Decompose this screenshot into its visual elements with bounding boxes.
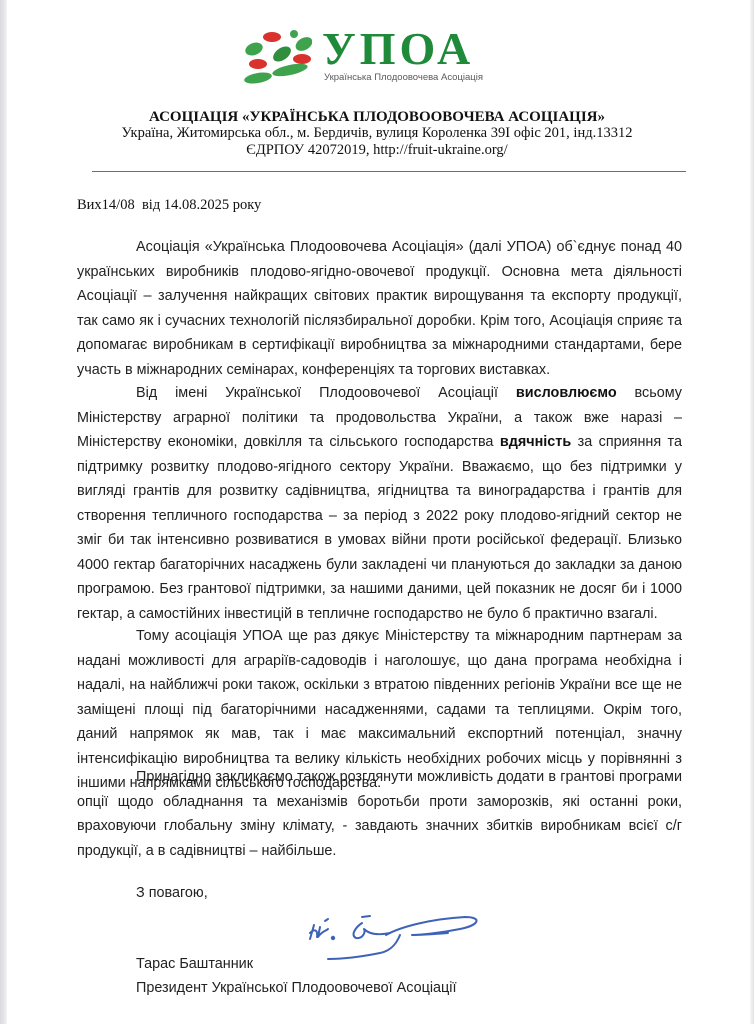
upoa-logo: УПОА Українська Плодоовочева Асоціація	[240, 28, 540, 86]
signer-name: Тарас Баштанник	[136, 956, 253, 972]
logo-wordmark: УПОА	[322, 24, 474, 74]
leaf-berry-logo-icon	[240, 28, 312, 86]
paragraph-1: Асоціація «Українська Плодоовочева Асоці…	[77, 235, 682, 382]
paragraph-2-part-1: Від імені Української Плодоовочевої Асоц…	[136, 385, 516, 401]
closing-salutation: З повагою,	[136, 885, 208, 901]
logo-tagline: Українська Плодоовочева Асоціація	[324, 72, 483, 83]
outgoing-reference: Вих14/08 від 14.08.2025 року	[77, 197, 261, 214]
paragraph-4-text: Принагідно закликаємо також розглянути м…	[77, 765, 682, 863]
letterhead-address: Україна, Житомирська обл., м. Бердичів, …	[0, 125, 754, 142]
letterhead-ids: ЄДРПОУ 42072019, http://fruit-ukraine.or…	[0, 142, 754, 159]
letterhead-title: АСОЦІАЦІЯ «УКРАЇНСЬКА ПЛОДОВООВОЧЕВА АСО…	[0, 109, 754, 126]
paragraph-4: Принагідно закликаємо також розглянути м…	[77, 765, 682, 863]
paragraph-2: Від імені Української Плодоовочевої Асоц…	[77, 381, 682, 626]
signer-title: Президент Української Плодоовочевої Асоц…	[136, 980, 457, 996]
handwritten-signature-icon	[300, 905, 490, 965]
letterhead-divider	[92, 171, 686, 172]
paragraph-2-bold-gratitude: вдячність	[500, 434, 571, 450]
paragraph-1-text: Асоціація «Українська Плодоовочева Асоці…	[77, 235, 682, 382]
paragraph-2-part-3: за сприяння та підтримку розвитку плодов…	[77, 434, 682, 622]
paragraph-2-bold-express: висловлюємо	[516, 385, 617, 401]
